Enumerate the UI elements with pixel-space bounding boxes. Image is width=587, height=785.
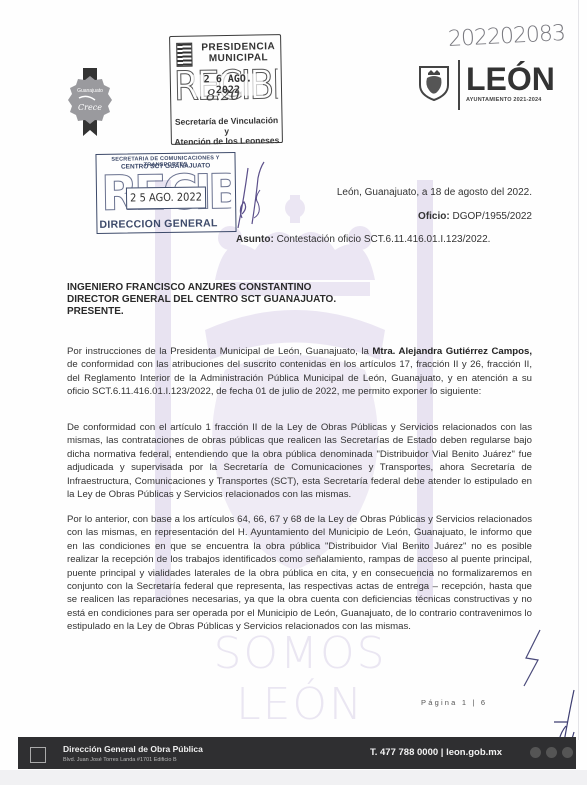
paragraph-3: Por lo anterior, con base a los artículo… — [67, 513, 532, 634]
leon-logo: LEÓN AYUNTAMIENTO 2021-2024 — [418, 60, 558, 110]
stamp-date: 2 5 AGO. 2022 — [126, 186, 206, 209]
page-number: Página 1 | 6 — [421, 698, 487, 707]
watermark-text: SOMOS LEÓN — [150, 628, 450, 730]
svg-text:Guanajuato: Guanajuato — [77, 88, 103, 94]
footer-contact: T. 477 788 0000 | leon.gob.mx — [370, 747, 502, 758]
handwritten-folio-number: 202202083 — [447, 21, 565, 52]
oficio-number: Oficio: DGOP/1955/2022 — [418, 211, 532, 222]
paragraph-2: De conformidad con el artículo 1 fracció… — [67, 421, 532, 501]
footer-department: Dirección General de Obra Pública — [63, 744, 203, 754]
building-icon — [30, 747, 46, 763]
sct-received-stamp: SECRETARIA DE COMUNICACIONES Y TRANSPORT… — [95, 152, 236, 234]
social-icon — [530, 747, 541, 758]
asunto-line: Asunto: Contestación oficio SCT.6.11.416… — [236, 234, 490, 245]
scan-edge — [578, 0, 579, 740]
footer-address: Blvd. Juan José Torres Landa #1701 Edifi… — [63, 757, 177, 763]
stamp-handwritten-time: 8:20 — [206, 86, 240, 105]
document-page: SOMOS LEÓN Guanajuato Crece PRESIDENCIA … — [0, 0, 587, 770]
guanajuato-crece-logo: Guanajuato Crece — [65, 68, 115, 136]
social-icon — [546, 747, 557, 758]
svg-text:Crece: Crece — [78, 103, 102, 112]
leon-shield-icon — [418, 65, 450, 101]
presidencia-received-stamp: PRESIDENCIA MUNICIPAL RECIBIDO 2 6 AGO. … — [169, 34, 283, 145]
margin-initial-icon — [520, 628, 544, 688]
social-icon — [562, 747, 573, 758]
paragraph-1: Por instrucciones de la Presidenta Munic… — [67, 345, 532, 399]
footer-band: Dirección General de Obra Pública Blvd. … — [18, 737, 576, 769]
place-date: León, Guanajuato, a 18 de agosto del 202… — [337, 187, 532, 198]
handwritten-signature-icon — [234, 158, 268, 238]
stamp-emblem-icon — [176, 43, 192, 67]
recipient-block: INGENIERO FRANCISCO ANZURES CONSTANTINO … — [67, 282, 336, 318]
